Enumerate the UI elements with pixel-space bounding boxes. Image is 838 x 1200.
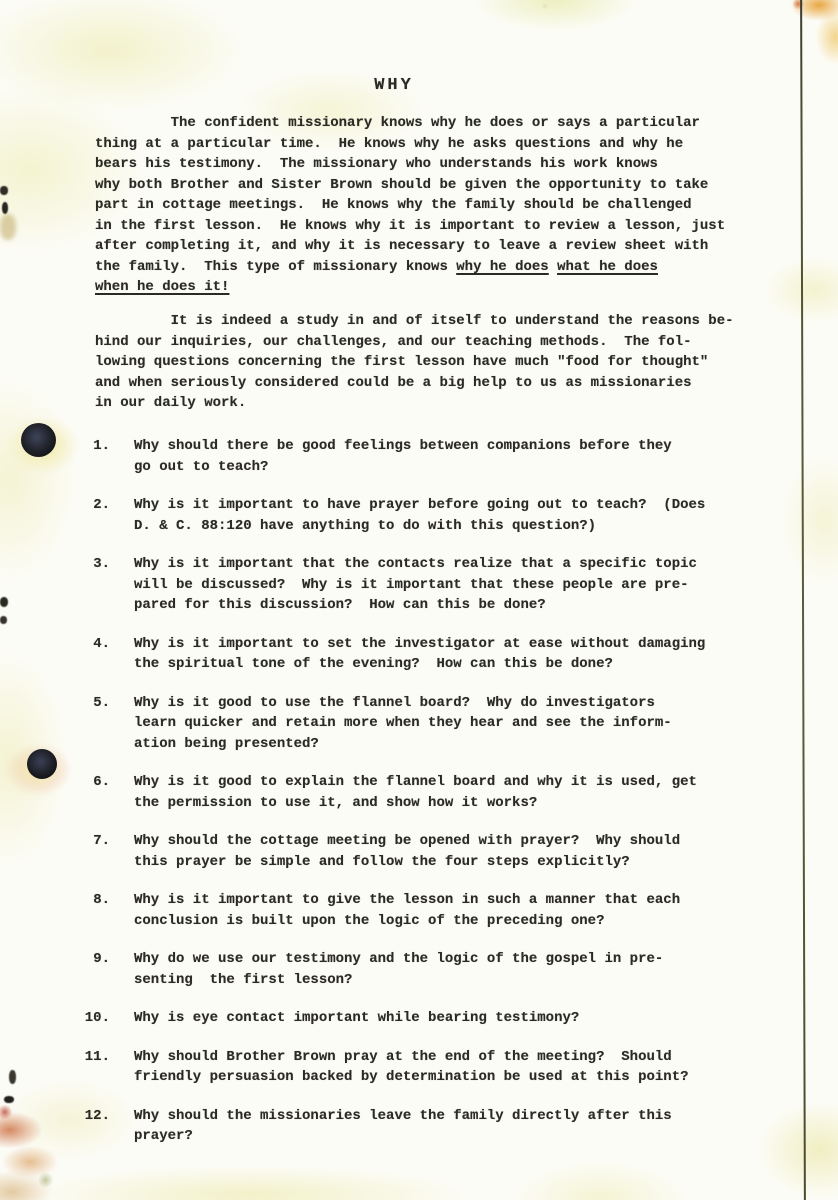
page-edge-line: [800, 0, 806, 1200]
text-line: Why is it good to use the flannel board?…: [134, 693, 672, 714]
paragraph-intro: The confident missionary knows why he do…: [95, 113, 725, 298]
question-number: 9.: [72, 949, 110, 990]
question-item: 4.Why is it important to set the investi…: [72, 634, 705, 675]
ink-smudge: [9, 1070, 16, 1084]
question-item: 6.Why is it good to explain the flannel …: [72, 772, 705, 813]
underlined-phrase: what he does: [557, 259, 658, 275]
text-line: bears his testimony. The missionary who …: [95, 154, 725, 175]
text-line: Why do we use our testimony and the logi…: [134, 949, 663, 970]
ink-smudge: [4, 1096, 14, 1103]
text-line: in the first lesson. He knows why it is …: [95, 216, 725, 237]
text-line: learn quicker and retain more when they …: [134, 713, 672, 734]
question-text: Why is it important to have prayer befor…: [134, 495, 705, 536]
text-line: Why should the missionaries leave the fa…: [134, 1106, 672, 1127]
question-number: 4.: [72, 634, 110, 675]
question-item: 1.Why should there be good feelings betw…: [72, 436, 705, 477]
question-text: Why is it good to explain the flannel bo…: [134, 772, 697, 813]
question-number: 11.: [72, 1047, 110, 1088]
text-line: Why is it important to have prayer befor…: [134, 495, 705, 516]
text-line: Why is it good to explain the flannel bo…: [134, 772, 697, 793]
text-line: Why should there be good feelings betwee…: [134, 436, 672, 457]
text-line: Why should the cottage meeting be opened…: [134, 831, 680, 852]
text-line: prayer?: [134, 1126, 672, 1147]
paragraph-study: It is indeed a study in and of itself to…: [95, 311, 734, 414]
text-line: when he does it!: [95, 277, 725, 298]
question-item: 2.Why is it important to have prayer bef…: [72, 495, 705, 536]
ink-smudge: [0, 186, 8, 195]
text-line: Why is it important that the contacts re…: [134, 554, 697, 575]
text-line: senting the first lesson?: [134, 970, 663, 991]
question-number: 3.: [72, 554, 110, 616]
text-line: Why is eye contact important while beari…: [134, 1008, 579, 1029]
question-number: 10.: [72, 1008, 110, 1029]
question-text: Why is it good to use the flannel board?…: [134, 693, 672, 755]
text-line: conclusion is built upon the logic of th…: [134, 911, 680, 932]
text-line: Why should Brother Brown pray at the end…: [134, 1047, 689, 1068]
question-text: Why is it important that the contacts re…: [134, 554, 697, 616]
question-number: 2.: [72, 495, 110, 536]
text-line: go out to teach?: [134, 457, 672, 478]
text-line: will be discussed? Why is it important t…: [134, 575, 697, 596]
question-item: 12.Why should the missionaries leave the…: [72, 1106, 705, 1147]
text-line: ation being presented?: [134, 734, 672, 755]
ink-smudge: [0, 616, 7, 624]
text-line: in our daily work.: [95, 393, 734, 414]
question-text: Why should the cottage meeting be opened…: [134, 831, 680, 872]
text-line: part in cottage meetings. He knows why t…: [95, 195, 725, 216]
text-line: this prayer be simple and follow the fou…: [134, 852, 680, 873]
underlined-phrase: when he does it!: [95, 279, 229, 295]
question-number: 6.: [72, 772, 110, 813]
text-line: the permission to use it, and show how i…: [134, 793, 697, 814]
question-item: 5.Why is it good to use the flannel boar…: [72, 693, 705, 755]
ink-smudge: [2, 202, 8, 214]
ink-smudge: [0, 597, 8, 607]
text-line: after completing it, and why it is neces…: [95, 236, 725, 257]
punch-hole-bottom: [27, 749, 57, 779]
text-line: D. & C. 88:120 have anything to do with …: [134, 516, 705, 537]
question-item: 8.Why is it important to give the lesson…: [72, 890, 705, 931]
text-line: Why is it important to give the lesson i…: [134, 890, 680, 911]
question-item: 10.Why is eye contact important while be…: [72, 1008, 705, 1029]
question-text: Why is it important to set the investiga…: [134, 634, 705, 675]
question-item: 11.Why should Brother Brown pray at the …: [72, 1047, 705, 1088]
text-line: the spiritual tone of the evening? How c…: [134, 654, 705, 675]
text-line: thing at a particular time. He knows why…: [95, 134, 725, 155]
question-number: 7.: [72, 831, 110, 872]
underlined-phrase: why he does: [456, 259, 548, 275]
text-line: lowing questions concerning the first le…: [95, 352, 734, 373]
text-line: pared for this discussion? How can this …: [134, 595, 697, 616]
text-line: and when seriously considered could be a…: [95, 373, 734, 394]
text-line: friendly persuasion backed by determinat…: [134, 1067, 689, 1088]
text-line: why both Brother and Sister Brown should…: [95, 175, 725, 196]
punch-hole-top: [21, 423, 56, 457]
question-number: 5.: [72, 693, 110, 755]
question-number: 8.: [72, 890, 110, 931]
text-line: The confident missionary knows why he do…: [95, 113, 725, 134]
question-text: Why is eye contact important while beari…: [134, 1008, 579, 1029]
text-line: hind our inquiries, our challenges, and …: [95, 332, 734, 353]
page-title: WHY: [0, 76, 788, 97]
question-item: 7.Why should the cottage meeting be open…: [72, 831, 705, 872]
text-line: It is indeed a study in and of itself to…: [95, 311, 734, 332]
question-text: Why should Brother Brown pray at the end…: [134, 1047, 689, 1088]
text-line: Why is it important to set the investiga…: [134, 634, 705, 655]
question-item: 9.Why do we use our testimony and the lo…: [72, 949, 705, 990]
question-number: 1.: [72, 436, 110, 477]
question-list: 1.Why should there be good feelings betw…: [72, 436, 705, 1165]
question-text: Why should there be good feelings betwee…: [134, 436, 672, 477]
ink-smudge: [0, 214, 16, 240]
text-line: the family. This type of missionary know…: [95, 257, 725, 278]
question-text: Why is it important to give the lesson i…: [134, 890, 680, 931]
question-item: 3.Why is it important that the contacts …: [72, 554, 705, 616]
question-number: 12.: [72, 1106, 110, 1147]
scanned-document-page: WHY The confident missionary knows why h…: [0, 0, 838, 1200]
stain-top-right: [774, 0, 838, 64]
question-text: Why should the missionaries leave the fa…: [134, 1106, 672, 1147]
question-text: Why do we use our testimony and the logi…: [134, 949, 663, 990]
